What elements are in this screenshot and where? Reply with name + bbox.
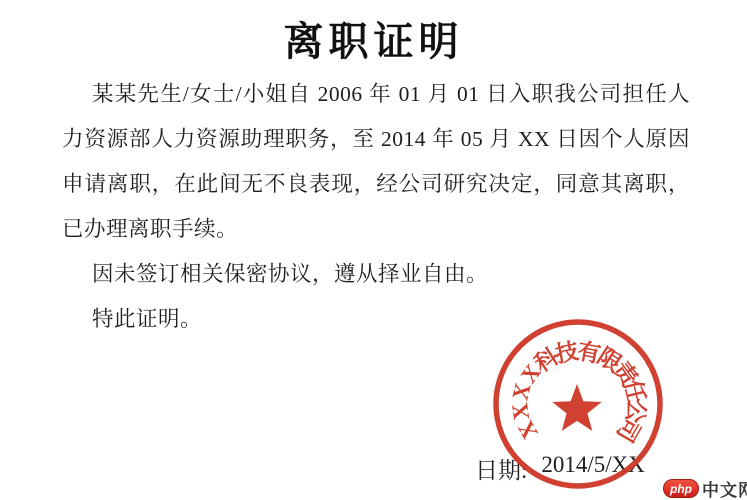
body-paragraph: 某某先生/女士/小姐自 2006 年 01 月 01 日入职我公司担任人力资源部… xyxy=(62,72,690,252)
company-seal: XXXX科技有限责任公司 xyxy=(492,318,664,490)
seal-star-icon xyxy=(552,384,601,431)
watermark-site-name: 中文网 xyxy=(702,476,747,500)
php-cn-watermark: php 中文网 xyxy=(663,476,747,500)
document-body: 某某先生/女士/小姐自 2006 年 01 月 01 日入职我公司担任人力资源部… xyxy=(62,72,690,342)
document-title: 离职证明 xyxy=(0,10,747,67)
resignation-certificate-document: 离职证明 某某先生/女士/小姐自 2006 年 01 月 01 日入职我公司担任… xyxy=(0,0,747,500)
body-paragraph: 因未签订相关保密协议，遵从择业自由。 xyxy=(62,252,690,297)
seal-character: X xyxy=(507,401,534,421)
php-logo-badge: php xyxy=(663,479,699,498)
